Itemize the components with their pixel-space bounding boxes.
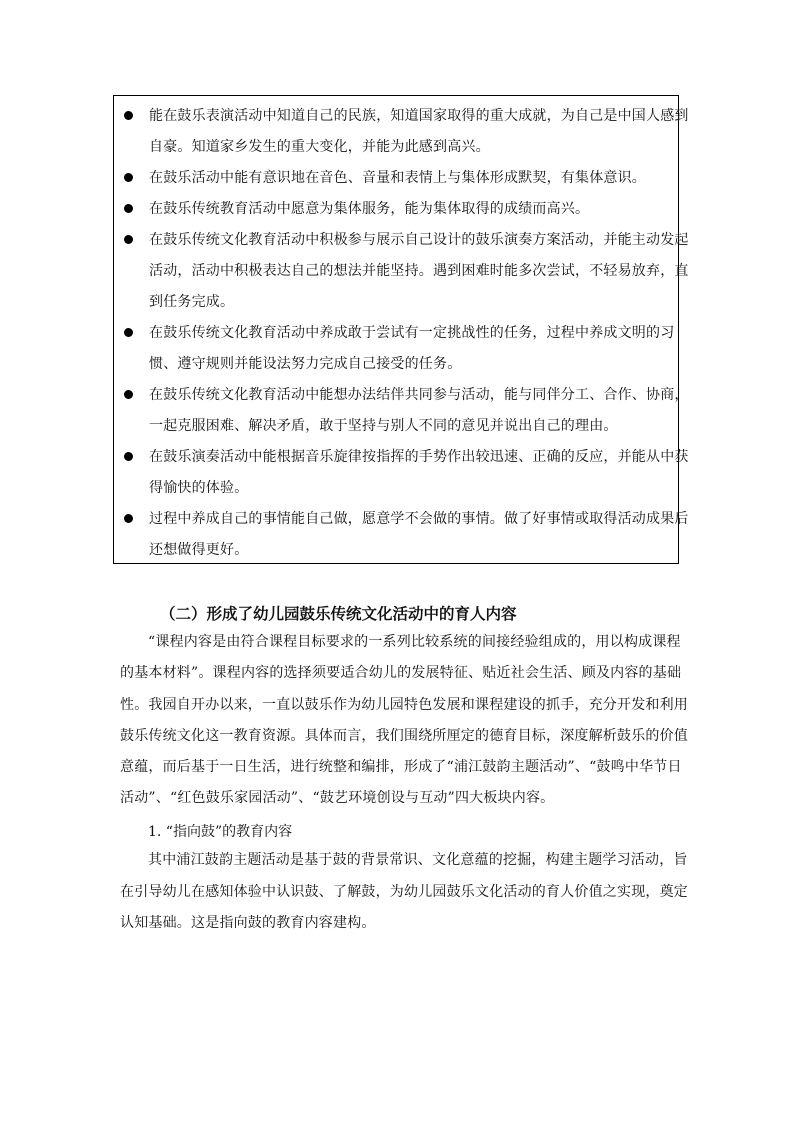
box-line: 在鼓乐传统文化教育活动中能想办法结伴共同参与活动，能与同伴分工、合作、协商， (149, 387, 689, 403)
box-line: 在鼓乐传统文化教育活动中养成敢于尝试有一定挑战性的任务，过程中养成文明的习 (149, 325, 674, 341)
bullet-icon (124, 328, 133, 337)
box-line: 到任务完成。 (149, 294, 234, 310)
box-line: 活动，活动中积极表达自己的想法并能坚持。遇到困难时能多次尝试，不轻易放弃，直 (149, 263, 689, 279)
paragraph-line: “课程内容是由符合课程目标要求的一系列比较系统的间接经验组成的，用以构成课程 (148, 634, 681, 650)
box-line: 在鼓乐活动中能有意识地在音色、音量和表情上与集体形成默契，有集体意识。 (149, 170, 646, 186)
box-line: 能在鼓乐表演活动中知道自己的民族，知道国家取得的重大成就，为自己是中国人感到 (149, 108, 689, 124)
box-line: 在鼓乐传统文化教育活动中积极参与展示自己设计的鼓乐演奏方案活动，并能主动发起 (149, 232, 689, 248)
paragraph-line: 性。我园自开办以来，一直以鼓乐作为幼儿园特色发展和课程建设的抓手，充分开发和利用 (120, 697, 688, 713)
bullet-icon (124, 514, 133, 523)
box-line: 惯、遵守规则并能设法努力完成自己接受的任务。 (149, 356, 461, 372)
paragraph-line: 的基本材料”。课程内容的选择须要适合幼儿的发展特征、贴近社会生活、顾及内容的基础 (120, 665, 681, 681)
box-line: 过程中养成自己的事情能自己做，愿意学不会做的事情。做了好事情或取得活动成果后 (149, 511, 689, 527)
bullet-icon (124, 452, 133, 461)
bullet-icon (124, 204, 133, 213)
box-line: 得愉快的体验。 (149, 480, 248, 496)
box-line: 一起克服困难、解决矛盾，敢于坚持与别人不同的意见并说出自己的理由。 (149, 418, 618, 434)
bullet-icon (124, 111, 133, 120)
box-line: 还想做得更好。 (149, 542, 248, 558)
paragraph-line: 意蕴，而后基于一日生活，进行统整和编排，形成了“浦江鼓韵主题活动”、“鼓鸣中华节… (120, 759, 682, 775)
paragraph-line: 认知基础。这是指向鼓的教育内容建构。 (120, 915, 376, 931)
bullet-icon (124, 235, 133, 244)
box-line: 在鼓乐演奏活动中能根据音乐旋律按指挥的手势作出较迅速、正确的反应，并能从中获 (149, 449, 689, 465)
bullet-icon (124, 390, 133, 399)
paragraph-line: 在引导幼儿在感知体验中认识鼓、了解鼓，为幼儿园鼓乐文化活动的育人价值之实现，奠定 (120, 884, 688, 900)
box-line: 在鼓乐传统教育活动中愿意为集体服务，能为集体取得的成绩而高兴。 (149, 201, 589, 217)
box-line: 自豪。知道家乡发生的重大变化，并能为此感到高兴。 (149, 139, 490, 155)
subheading: 1. “指向鼓”的教育内容 (148, 821, 292, 841)
paragraph-line: 鼓乐传统文化这一教育资源。具体而言，我们围绕所厘定的德育目标，深度解析鼓乐的价值 (120, 728, 688, 744)
paragraph-line: 活动”、“红色鼓乐家园活动”、“鼓艺环境创设与互动”四大板块内容。 (120, 790, 554, 806)
bullet-icon (124, 173, 133, 182)
paragraph-line: 其中浦江鼓韵主题活动是基于鼓的背景常识、文化意蕴的挖掘，构建主题学习活动，旨 (148, 852, 688, 868)
goals-box: 能在鼓乐表演活动中知道自己的民族，知道国家取得的重大成就，为自己是中国人感到 自… (113, 95, 679, 564)
section-heading: （二）形成了幼儿园鼓乐传统文化活动中的育人内容 (160, 602, 517, 624)
